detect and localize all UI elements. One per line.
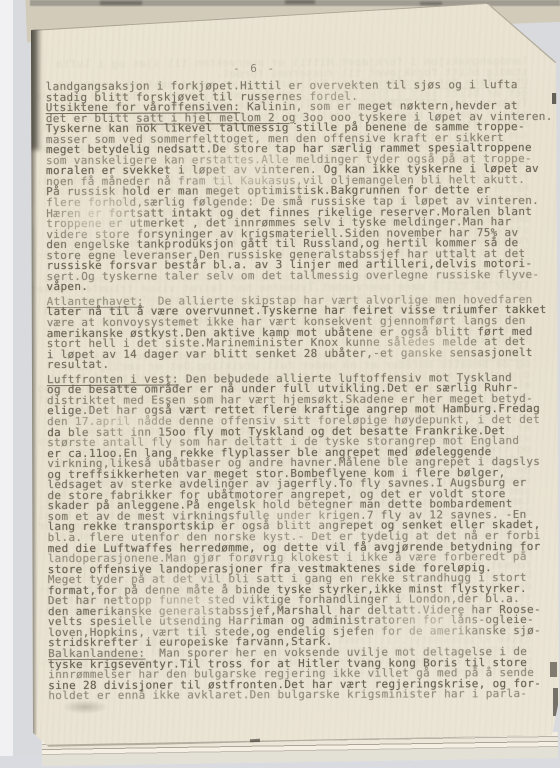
text-line: sine 28 divisjoner til østfronten.Det ha…: [48, 679, 548, 692]
text-line: sert.Og tyskerne taler selv om det tallm…: [46, 270, 546, 283]
text-line: stadig blitt forskjøvet til russernes fo…: [46, 90, 546, 103]
text-line: de store fabrikker for ubåtmotorer angre…: [47, 489, 547, 502]
text-line: videre store forsyninger av krigsmaterie…: [46, 228, 546, 241]
text-line: stridskrefter i europeiske farvann,Stark…: [48, 636, 548, 649]
text-line: Balkanlandene: Man sporer her en voksend…: [48, 647, 548, 660]
smudge-mark: [420, 2, 442, 5]
text-line: flere forhold,særlig følgende: De små ru…: [46, 196, 546, 209]
text-line: er ca.11oo.En lang rekke flyplasser ble …: [47, 447, 547, 460]
text-line: det er blitt satt i hjel mellom 2 og 3oo…: [46, 112, 546, 125]
margin-speck: [12, 188, 26, 195]
text-line: distriktet med Essen som har vært hjemsø…: [47, 394, 547, 407]
text-line: holdet er ennå ikke avklaret.Den bulgars…: [48, 689, 548, 702]
ink-fade-overlay: [0, 0, 560, 768]
text-line: største antall fly som har deltatt i de …: [47, 436, 547, 449]
text-line: resultat.: [47, 358, 547, 371]
text-line: den 17.april nådde denne offensiv sitt f…: [47, 415, 547, 428]
page-left-edge-shadow: [29, 27, 37, 735]
text-line: russiske forsvar består bl.a. av 3 linje…: [46, 259, 546, 272]
text-line: Atlanterhavet: De allierte skipstap har …: [47, 295, 547, 308]
text-line: meget betydelig nedsatt.De store tap har…: [46, 143, 546, 156]
text-line: Tyskerne kan nok likevel tallmessig stil…: [46, 122, 546, 135]
edge-speck: [552, 93, 557, 104]
bleed-through-ghost-text: landgangsaksjon i forkjøpet.Hittil er ov…: [36, 56, 532, 679]
text-line: stort hell i det siste.Marineminister Kn…: [47, 337, 547, 350]
text-line: Utsiktene for våroffensiven: Kalinin, so…: [46, 101, 546, 114]
text-line: skader på anleggene.På engelsk hold bete…: [47, 499, 547, 512]
text-line: tyske krigseventyr.Til tross for at Hitl…: [48, 657, 548, 670]
text-line: Hæren er fortsatt intakt og det finnes r…: [46, 206, 546, 219]
text-line: format,for på denne måte å binde tyske s…: [48, 584, 548, 597]
text-line: amerikanske østkyst.Den aktive kamp mot …: [47, 326, 547, 339]
text-line: virkning,likeså ubåtbaser og andre havne…: [47, 457, 547, 470]
text-line: elige.Det har også vært rettet flere kra…: [47, 404, 547, 417]
text-line: bl.a. flere utenfor den norske kyst.- De…: [48, 531, 548, 544]
margin-speck: [17, 246, 23, 249]
smudge-mark: [285, 0, 315, 4]
text-line: Meget tyder på at det vil bli satt i gan…: [48, 573, 548, 586]
text-line: masser som ved sommerfelttoget, men den …: [46, 133, 546, 146]
text-line: da ble satt inn 15oo fly mot Tyskland og…: [47, 425, 547, 438]
pencil-mark: [62, 700, 108, 714]
page-number: - 6 -: [233, 62, 276, 75]
text-line: den amerikanske generalstabssjef,Marshal…: [48, 605, 548, 618]
text-line: later nå til å være overvunnet.Tyskerne …: [47, 305, 547, 318]
text-line: som vanskeligere kan erstattes.Alle meld…: [46, 154, 546, 167]
text-line: loven,Hopkins, vært til stede,og endelig…: [48, 626, 548, 639]
scanned-document: landgangsaksjon i forkjøpet.Hittil er ov…: [0, 0, 560, 768]
text-line: og treffsikkerheten var meget stor.Bombe…: [47, 468, 547, 481]
edge-speck: [550, 662, 557, 677]
text-line: i løpet av 14 dager var blitt senket 28 …: [47, 348, 547, 361]
text-line: Luftfronten i vest: Den bebudede alliert…: [47, 373, 547, 386]
text-line: På russisk hold er man meget optimistisk…: [46, 185, 546, 198]
text-line: med die Luftwaffes herredømme, og dette …: [48, 541, 548, 554]
scan-background-strip: [0, 0, 13, 768]
text-line: lang rekke transportskip er også blitt a…: [48, 520, 548, 533]
text-line: være at konvoysystemet ikke har vært kon…: [47, 316, 547, 329]
typewritten-text: landgangsaksjon i forkjøpet.Hittil er ov…: [46, 80, 549, 702]
text-line: den engelske tankproduksjon gått til Rus…: [46, 238, 546, 251]
text-line: våpen.: [47, 280, 547, 293]
text-line: innrømmelser har den bulgarske regjering…: [48, 668, 548, 681]
text-line: velts spesielle utsending Harriman og ad…: [48, 615, 548, 628]
text-line: troppene er utmerket , det innrømmes sel…: [46, 217, 546, 230]
text-line: moralen er svekket i løpet av vinteren. …: [46, 164, 546, 177]
edge-speck: [553, 688, 558, 716]
smudge-mark: [100, 1, 142, 5]
text-line: noen få måneder nå fram til Kaukasus,vil…: [46, 175, 546, 188]
text-line: store egne leveranser.Den russiske gener…: [46, 249, 546, 262]
text-line: landgangsaksjon i forkjøpet.Hittil er ov…: [46, 80, 546, 93]
text-line: ledsaget av sterke avdelinger av jagerfl…: [47, 478, 547, 491]
text-line: Det har nettopp funnet sted viktige forh…: [48, 594, 548, 607]
document-page: landgangsaksjon i forkjøpet.Hittil er ov…: [0, 0, 560, 768]
text-line: store offensive landoperasjoner fra vest…: [48, 563, 548, 576]
text-line: landoperasjonene.Man gjør forøvrig kloke…: [48, 552, 548, 565]
text-line: som et av de mest virkningsfulle under k…: [48, 510, 548, 523]
text-line: og de besatte områder er nå under full u…: [47, 383, 547, 396]
